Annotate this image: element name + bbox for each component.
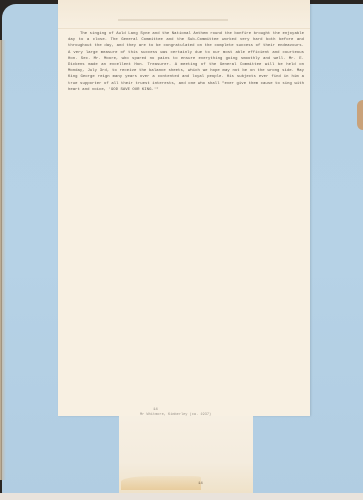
- backing-edge-wear: [0, 40, 6, 480]
- body-paragraph: The singing of Auld Lang Syne and the Na…: [68, 31, 304, 93]
- bleed-through-text: [118, 19, 228, 21]
- water-stain: [121, 476, 201, 490]
- attached-paper-slip: 14: [119, 416, 253, 493]
- typed-page: The singing of Auld Lang Syne and the Na…: [58, 0, 310, 416]
- page-number: 14: [153, 408, 158, 412]
- slip-mark: 14: [198, 482, 203, 486]
- backing-tear: [357, 100, 363, 130]
- scan-bottom-edge: [0, 493, 363, 500]
- folded-top-strip: [58, 0, 310, 29]
